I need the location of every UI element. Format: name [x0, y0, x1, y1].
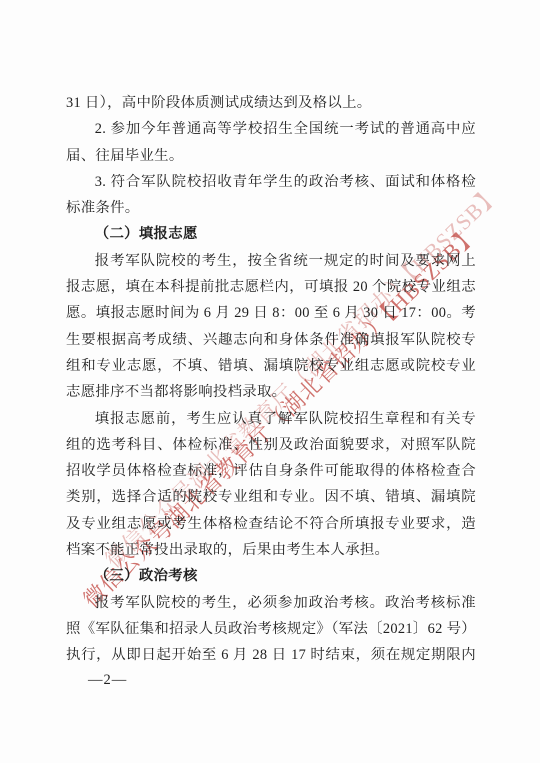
text-line: 报考军队院校的考生，必须参加政治考核。政治考核标准按 — [66, 590, 476, 616]
text-line: 报考军队院校的考生，按全省统一规定的时间及要求网上填 — [66, 248, 476, 274]
text-line: 2. 参加今年普通高等学校招生全国统一考试的普通高中应 — [66, 116, 476, 142]
text-line: 招收学员体格检查标准，评估自身条件可能取得的体格检查合格 — [66, 458, 476, 484]
text-line: 志愿排序不当都将影响投档录取。 — [66, 379, 476, 405]
document-page: 微信公众号湖北省教育厅（湖北省招办）【HBSZSB】 微信公众号湖北省教育厅（湖… — [0, 0, 540, 763]
text-line: 3. 符合军队院校招收青年学生的政治考核、面试和体格检查 — [66, 169, 476, 195]
text-line: 31 日），高中阶段体质测试成绩达到及格以上。 — [66, 90, 476, 116]
text-line: 愿。填报志愿时间为 6 月 29 日 8：00 至 6 月 30 日 17：00… — [66, 300, 476, 326]
text-line: 档案不能正常投出录取的，后果由考生本人承担。 — [66, 537, 476, 563]
section-heading: （二）填报志愿 — [66, 221, 476, 247]
section-heading: （三）政治考核 — [66, 563, 476, 589]
text-line: 报志愿，填在本科提前批志愿栏内，可填报 20 个院校专业组志 — [66, 274, 476, 300]
page-number: —2— — [88, 672, 127, 689]
text-line: 组和专业志愿，不填、错填、漏填院校专业组志愿或院校专业组 — [66, 353, 476, 379]
text-line: 届、往届毕业生。 — [66, 143, 476, 169]
text-line: 照《军队征集和招录人员政治考核规定》（军法〔2021〕62 号） — [66, 616, 476, 642]
text-line: 及专业组志愿或考生体格检查结论不符合所填报专业要求，造成 — [66, 511, 476, 537]
text-line: 执行，从即日起开始至 6 月 28 日 17 时结束，须在规定期限内完 — [66, 642, 476, 668]
document-body: 31 日），高中阶段体质测试成绩达到及格以上。 2. 参加今年普通高等学校招生全… — [66, 90, 476, 669]
text-line: 组的选考科目、体检标准、性别及政治面貌要求，对照军队院校 — [66, 432, 476, 458]
text-line: 标准条件。 — [66, 195, 476, 221]
text-line: 填报志愿前，考生应认真了解军队院校招生章程和有关专业 — [66, 406, 476, 432]
text-line: 生要根据高考成绩、兴趣志向和身体条件准确填报军队院校专业 — [66, 327, 476, 353]
text-line: 类别，选择合适的院校专业组和专业。因不填、错填、漏填院校 — [66, 484, 476, 510]
